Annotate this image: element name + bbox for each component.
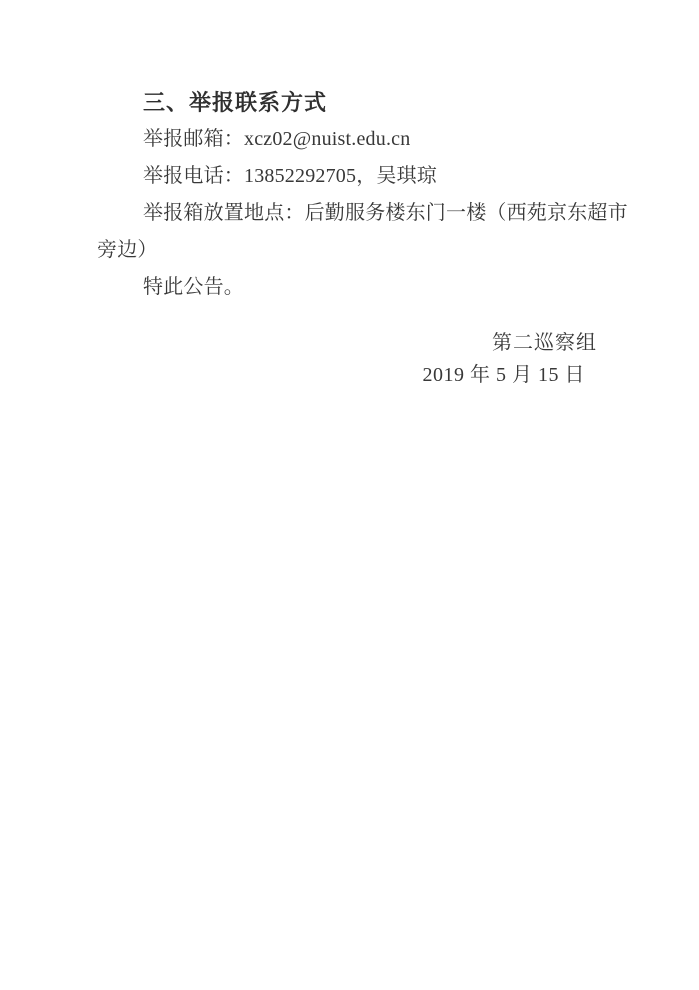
report-box-location-line: 举报箱放置地点：后勤服务楼东门一楼（西苑京东超市 bbox=[97, 195, 597, 232]
document-body: 三、举报联系方式 举报邮箱：xcz02@nuist.edu.cn 举报电话：13… bbox=[97, 84, 597, 306]
report-phone-line: 举报电话：13852292705，吴琪琼 bbox=[97, 158, 597, 195]
section-heading: 三、举报联系方式 bbox=[97, 84, 597, 121]
closing-line: 特此公告。 bbox=[97, 269, 597, 306]
document-page: 三、举报联系方式 举报邮箱：xcz02@nuist.edu.cn 举报电话：13… bbox=[0, 0, 699, 990]
signature-date: 2019 年 5 月 15 日 bbox=[423, 360, 586, 391]
report-email-line: 举报邮箱：xcz02@nuist.edu.cn bbox=[97, 121, 597, 158]
report-box-location-wrap-line: 旁边） bbox=[97, 232, 597, 269]
signature-unit: 第二巡察组 bbox=[492, 325, 597, 362]
